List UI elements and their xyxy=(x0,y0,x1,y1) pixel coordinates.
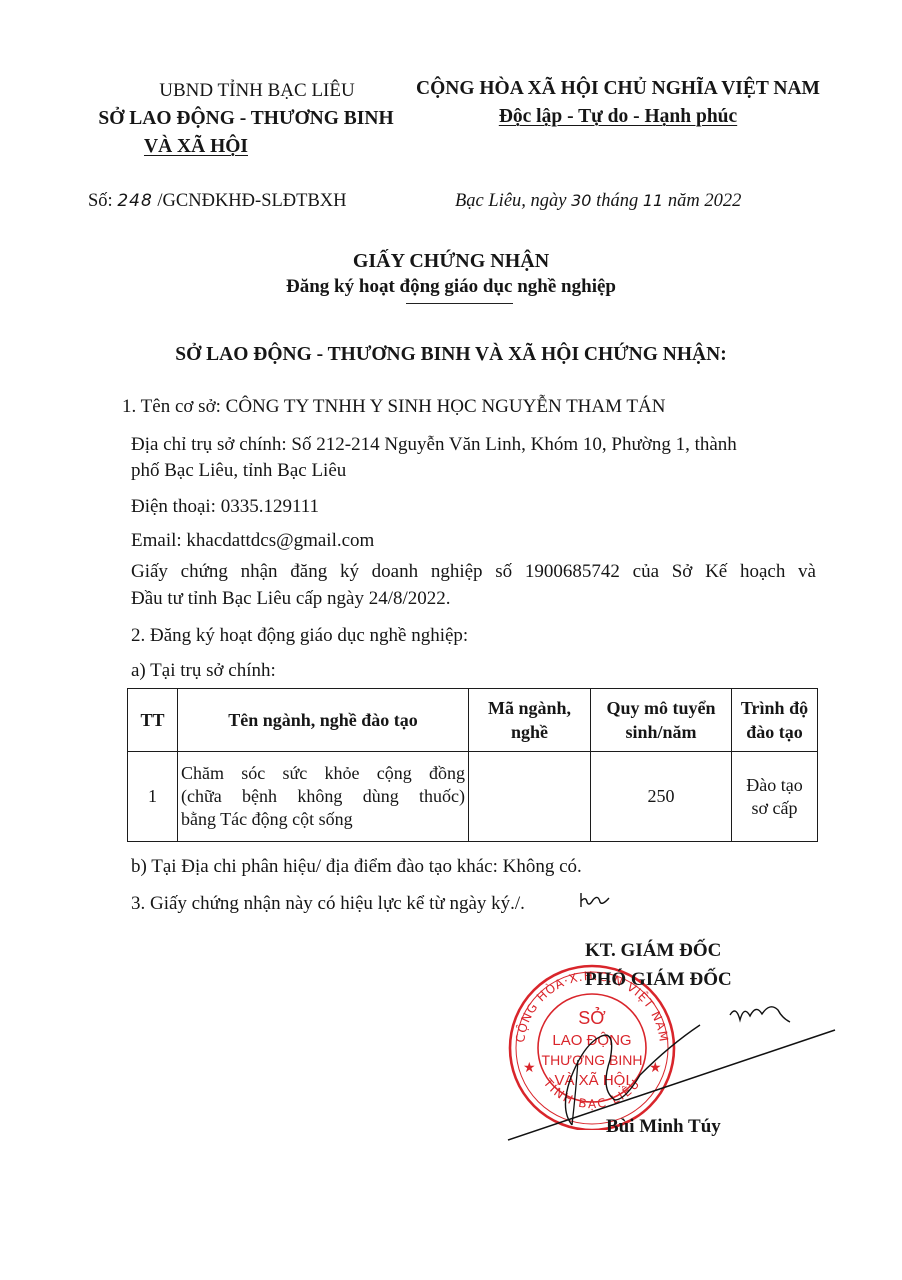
header-level: Trình độđào tạo xyxy=(732,689,818,752)
date-place: Bạc Liêu, ngày xyxy=(455,191,571,211)
document-title: GIẤY CHỨNG NHẬN xyxy=(0,250,902,273)
cell-level-line2: sơ cấp xyxy=(751,798,797,818)
agency-name-line2: VÀ XÃ HỘI xyxy=(86,136,306,158)
cell-level: Đào tạosơ cấp xyxy=(732,752,818,842)
motto-text: Độc lập - Tự do - Hạnh phúc xyxy=(499,106,737,127)
header-name: Tên ngành, nghề đào tạo xyxy=(178,689,469,752)
cell-quota: 250 xyxy=(591,752,732,842)
signer-name: Bùi Minh Túy xyxy=(606,1116,721,1138)
subtitle-underline xyxy=(406,303,513,304)
header-code: Mã ngành,nghề xyxy=(469,689,591,752)
header-tt: TT xyxy=(128,689,178,752)
phone: Điện thoại: 0335.129111 xyxy=(131,496,319,518)
header-code-line1: Mã ngành, xyxy=(488,698,571,718)
date-year: năm 2022 xyxy=(663,191,741,211)
table-row: 1 Chăm sóc sức khỏe cộng đồng (chữa bệnh… xyxy=(128,752,818,842)
cell-tt: 1 xyxy=(128,752,178,842)
table-header-row: TT Tên ngành, nghề đào tạo Mã ngành,nghề… xyxy=(128,689,818,752)
doc-number-suffix: /GCNĐKHĐ-SLĐTBXH xyxy=(153,191,347,211)
section-3: 3. Giấy chứng nhận này có hiệu lực kể từ… xyxy=(131,893,525,915)
facility-name: 1. Tên cơ sở: CÔNG TY TNHH Y SINH HỌC NG… xyxy=(122,396,665,418)
cell-name-line3: bằng Tác động cột sống xyxy=(181,808,465,831)
header-level-line2: đào tạo xyxy=(746,722,803,742)
cell-name-line2: (chữa bệnh không dùng thuốc) xyxy=(181,785,465,808)
nation-heading: CỘNG HÒA XÃ HỘI CHỦ NGHĨA VIỆT NAM xyxy=(408,78,828,100)
doc-number-prefix: Số: xyxy=(88,191,117,211)
address-line-2: phố Bạc Liêu, tỉnh Bạc Liêu xyxy=(131,460,346,482)
motto: Độc lập - Tự do - Hạnh phúc xyxy=(408,106,828,128)
header-quota: Quy mô tuyểnsinh/năm xyxy=(591,689,732,752)
address-line-1: Địa chỉ trụ sở chính: Số 212-214 Nguyễn … xyxy=(131,434,737,456)
document-number: Số: 248 /GCNĐKHĐ-SLĐTBXH xyxy=(88,191,347,212)
business-cert-line-1: Giấy chứng nhận đăng ký doanh nghiệp số … xyxy=(131,561,816,583)
business-cert-line-2: Đầu tư tỉnh Bạc Liêu cấp ngày 24/8/2022. xyxy=(131,588,451,610)
email: Email: khacdattdcs@gmail.com xyxy=(131,530,374,552)
header-quota-line1: Quy mô tuyển xyxy=(606,698,715,718)
signature-role-line2: PHÓ GIÁM ĐỐC xyxy=(585,969,732,991)
date-month-handwritten: 11 xyxy=(643,191,663,210)
section-2a-heading: a) Tại trụ sở chính: xyxy=(131,660,276,682)
initial-mark-icon xyxy=(578,890,612,910)
header-code-line2: nghề xyxy=(511,722,548,742)
document-subtitle: Đăng ký hoạt động giáo dục nghề nghiệp xyxy=(0,276,902,298)
registration-table: TT Tên ngành, nghề đào tạo Mã ngành,nghề… xyxy=(127,688,818,842)
section-2b: b) Tại Địa chi phân hiệu/ địa điểm đào t… xyxy=(131,856,582,878)
certify-heading: SỞ LAO ĐỘNG - THƯƠNG BINH VÀ XÃ HỘI CHỨN… xyxy=(0,344,902,366)
doc-number-handwritten: 248 xyxy=(117,191,152,211)
date-day-handwritten: 30 xyxy=(571,191,591,210)
cell-level-line1: Đào tạo xyxy=(746,775,802,795)
agency-parent: UBND TỈNH BẠC LIÊU xyxy=(97,80,417,102)
signature-role-line1: KT. GIÁM ĐỐC xyxy=(585,940,721,962)
agency-name-line2-text: VÀ XÃ HỘI xyxy=(144,136,248,157)
date-month-label: tháng xyxy=(591,191,642,211)
section-2-heading: 2. Đăng ký hoạt động giáo dục nghề nghiệ… xyxy=(131,625,468,647)
header-quota-line2: sinh/năm xyxy=(625,722,696,742)
cell-name-line1: Chăm sóc sức khỏe cộng đồng xyxy=(181,762,465,785)
agency-name: SỞ LAO ĐỘNG - THƯƠNG BINH xyxy=(86,108,406,130)
cell-code xyxy=(469,752,591,842)
header-level-line1: Trình độ xyxy=(741,698,808,718)
cell-name: Chăm sóc sức khỏe cộng đồng (chữa bệnh k… xyxy=(178,752,469,842)
document-date: Bạc Liêu, ngày 30 tháng 11 năm 2022 xyxy=(455,191,741,212)
